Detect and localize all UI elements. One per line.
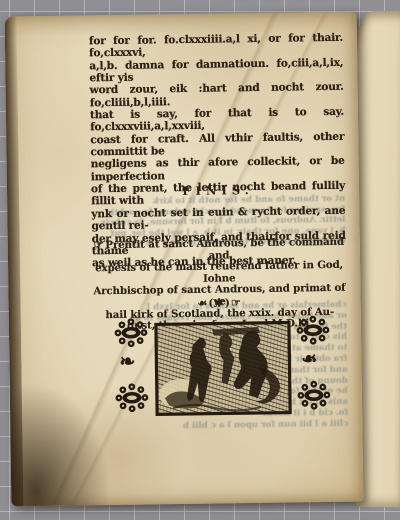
errata-line: word zour, eik :hart and nocht zour. fo,… <box>90 81 344 109</box>
errata-line: ynk or nocht set in euin & rycht order, … <box>91 205 345 233</box>
errata-line: for for for. fo.clxxxiiii.a,l xi, or for… <box>89 32 343 60</box>
photo-of-book-page: nt or thame fo and he for noth it to kir… <box>0 0 400 520</box>
ornament-column-right: ❧ <box>293 312 335 443</box>
rosette-ornament-icon <box>115 383 149 413</box>
errata-line: negligens as thir afore colleckit, or be… <box>91 155 345 183</box>
errata-line: that is say, for that is to say. fo,clxx… <box>90 106 344 134</box>
rosette-ornament-icon <box>296 315 330 345</box>
colophon-line-text: Prentit at sanct Androus, be the command… <box>105 236 344 261</box>
rosette-ornament-icon <box>114 318 148 348</box>
errata-paragraph: for for for. fo.clxxxiiii.a,l xi, or for… <box>89 32 346 270</box>
leaf-ornament-icon: ❧ <box>301 348 317 370</box>
woodcut-illustration <box>154 321 292 417</box>
manicule-icon: ☞ <box>93 238 103 251</box>
ornament-column-left: ❧ <box>111 314 153 445</box>
rosette-ornament-icon <box>297 380 331 410</box>
book-page: nt or thame fo and he for noth it to kir… <box>5 12 364 507</box>
leaf-ornament-icon: ❧ <box>119 351 135 373</box>
printed-content: for for for. fo.clxxxiiii.a,l xi, or for… <box>5 12 364 507</box>
woodcut-row: ❧ <box>93 312 349 446</box>
